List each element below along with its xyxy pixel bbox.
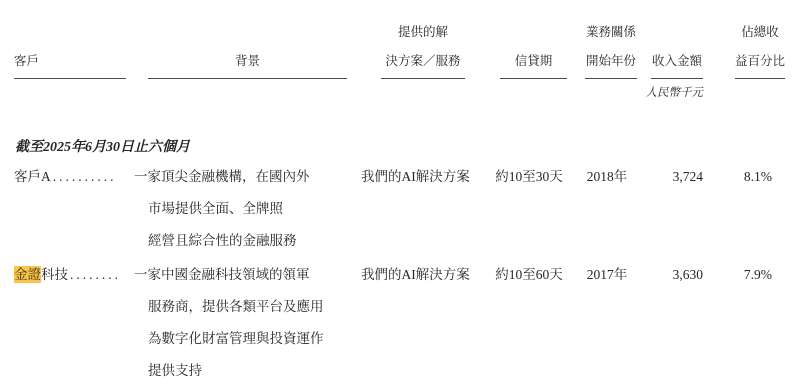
cell-solution: 我們的AI解決方案	[361, 161, 470, 193]
col-header-revenue-label: 收入金額	[651, 47, 703, 76]
customer-name: 科技	[41, 267, 68, 282]
background-line: 為數字化財富管理與投資運作	[134, 323, 360, 355]
col-header-percentage: 佔總收 益百分比	[735, 20, 785, 79]
col-header-customer-label: 客戶	[14, 47, 126, 76]
col-header-background-label: 背景	[148, 47, 347, 76]
cell-background: 一家頂尖金融機構，在國內外 市場提供全面、全牌照 經營且綜合性的金融服務	[134, 161, 360, 257]
background-line: 經營且綜合性的金融服務	[134, 225, 360, 257]
background-line: 一家頂尖金融機構，在國內外	[134, 161, 360, 193]
cell-start-year: 2017年	[579, 259, 635, 291]
table-row: 金證科技........ 一家中國金融科技領域的領軍 服務商，提供各類平台及應用…	[0, 259, 800, 385]
col-header-relationship-line1: 業務關係	[585, 18, 637, 47]
col-header-credit-period: 信貸期	[500, 20, 567, 79]
cell-background: 一家中國金融科技領域的領軍 服務商，提供各類平台及應用 為數字化財富管理與投資運…	[134, 259, 360, 385]
cell-revenue: 3,630	[645, 259, 703, 291]
cell-credit-period: 約10至60天	[488, 259, 570, 291]
col-header-credit-period-label: 信貸期	[500, 47, 567, 76]
dot-leader: ........	[70, 267, 121, 282]
cell-start-year: 2018年	[579, 161, 635, 193]
document-page: 客戶 背景 提供的解 決方案／服務 信貸期 業務關係 開始年份 收入金額 佔總收…	[0, 0, 800, 385]
customer-name: 客戶A	[14, 169, 51, 184]
col-header-percentage-line2: 益百分比	[735, 47, 785, 76]
cell-revenue: 3,724	[645, 161, 703, 193]
col-header-customer: 客戶	[14, 20, 126, 79]
col-header-percentage-line1: 佔總收	[735, 18, 785, 47]
col-header-solution: 提供的解 決方案／服務	[381, 20, 465, 79]
col-header-solution-line1: 提供的解	[381, 18, 465, 47]
table-row: 客戶A.......... 一家頂尖金融機構，在國內外 市場提供全面、全牌照 經…	[0, 161, 800, 259]
col-header-solution-line2: 決方案／服務	[381, 47, 465, 76]
cell-credit-period: 約10至30天	[488, 161, 570, 193]
background-line: 一家中國金融科技領域的領軍	[134, 259, 360, 291]
cell-customer: 金證科技........	[14, 259, 121, 291]
background-line: 提供支持	[134, 355, 360, 385]
col-header-relationship: 業務關係 開始年份	[585, 20, 637, 79]
cell-customer: 客戶A..........	[14, 161, 117, 193]
cell-percentage: 8.1%	[722, 161, 772, 193]
col-header-relationship-line2: 開始年份	[585, 47, 637, 76]
search-highlight: 金證	[14, 266, 41, 283]
revenue-unit-note: 人民幣千元	[640, 84, 703, 100]
section-title: 截至2025年6月30日止六個月	[15, 138, 190, 158]
table-header: 客戶 背景 提供的解 決方案／服務 信貸期 業務關係 開始年份 收入金額 佔總收…	[0, 0, 800, 105]
background-line: 市場提供全面、全牌照	[134, 193, 360, 225]
cell-percentage: 7.9%	[722, 259, 772, 291]
col-header-revenue: 收入金額	[651, 20, 703, 79]
cell-solution: 我們的AI解決方案	[361, 259, 470, 291]
col-header-background: 背景	[148, 20, 347, 79]
background-line: 服務商，提供各類平台及應用	[134, 291, 360, 323]
dot-leader: ..........	[53, 169, 117, 184]
